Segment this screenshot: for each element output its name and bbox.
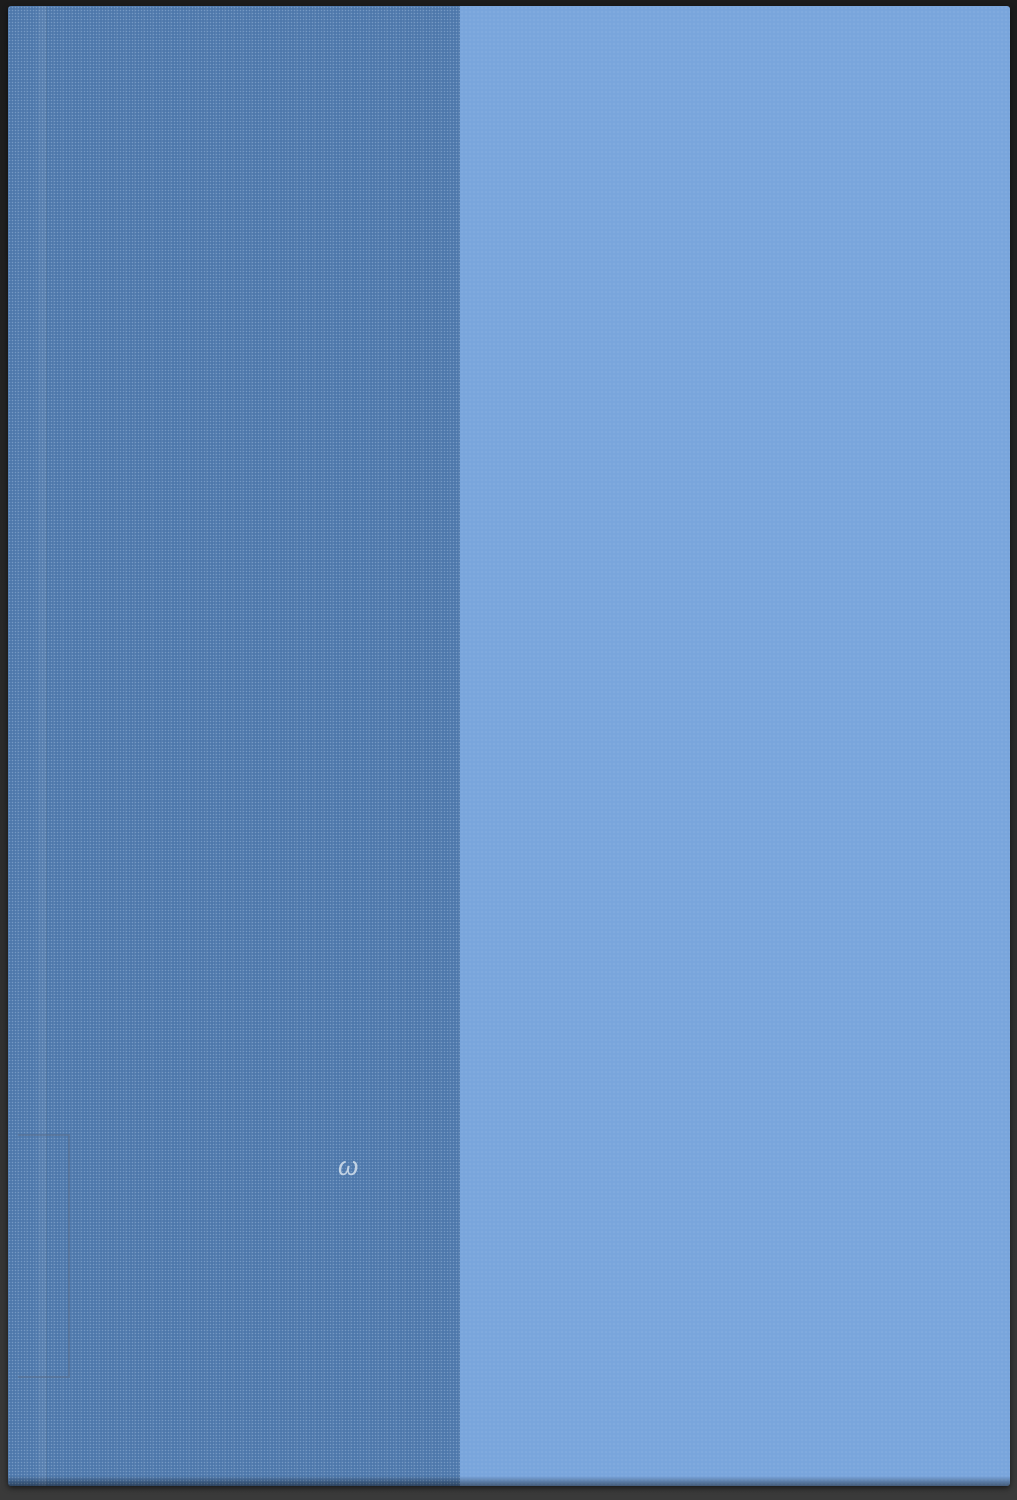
handwritten-mark: ω [338,1151,358,1182]
book-cover: ω [8,6,1010,1486]
bottom-edge-shadow [8,1476,1010,1486]
paper-board [460,6,1010,1486]
cloth-spine: ω [8,6,460,1486]
library-label-outline [18,1134,70,1378]
